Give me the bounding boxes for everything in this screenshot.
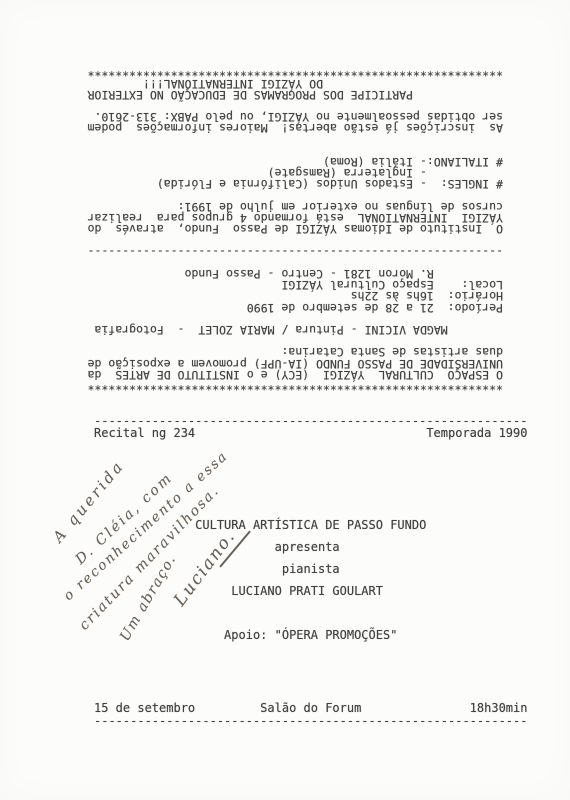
recital-header: ----------------------------------------… — [94, 416, 527, 439]
sponsor-line: Apoio: "ÓPERA PROMOÇÕES" — [94, 629, 397, 641]
scanned-program-page: ****************************************… — [0, 0, 570, 800]
program-footer: 15 de setembro Salão do Forum 18h30min -… — [94, 702, 527, 727]
back-cover-upside-down-text: ****************************************… — [0, 66, 570, 391]
